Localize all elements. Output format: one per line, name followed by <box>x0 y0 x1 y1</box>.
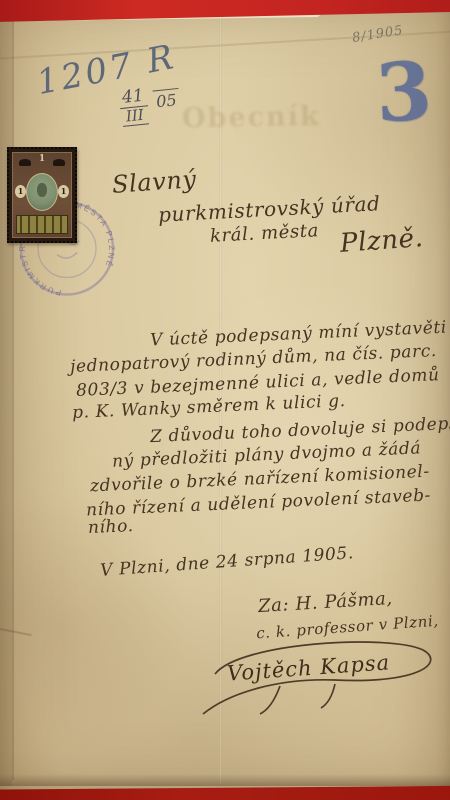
body-line: ního. <box>88 516 135 538</box>
eagle-ornament-icon <box>53 159 65 166</box>
revenue-stamp-face: 1 1 1 KRONE <box>12 152 72 238</box>
revenue-stamp: 1 1 1 KRONE <box>7 147 77 243</box>
revenue-stamp-ornate-band <box>16 215 68 234</box>
revenue-stamp-left-value: 1 <box>15 185 26 198</box>
file-fraction-mark: 41 III 05 <box>118 83 182 127</box>
archival-document-photo: 1207 R 41 III 05 8/1905 3 Obecník MĚSTA … <box>0 0 450 800</box>
red-backing-top <box>0 0 450 26</box>
salutation-line-2: purkmistrovský úřad <box>158 191 381 227</box>
left-page-shading <box>0 18 12 786</box>
bleedthrough-ghost-text: Obecník <box>182 101 321 134</box>
signature-flourish <box>185 634 450 729</box>
salutation-line-3: král. města <box>210 220 320 247</box>
page-number-stamp: 3 <box>374 51 434 134</box>
fraction-year: 05 <box>152 87 180 111</box>
fraction-denominator: III <box>121 106 149 127</box>
seal-text-bottom: PURKMISTR <box>18 244 62 297</box>
signature-za-line: Za: H. Pášma, <box>257 588 393 617</box>
red-backing-bottom <box>0 784 450 800</box>
signature-area: Vojtěch Kapsa <box>185 634 450 729</box>
dateline: V Plzni, dne 24 srpna 1905. <box>100 543 355 581</box>
revenue-stamp-top-value: 1 <box>39 154 45 164</box>
portrait-head-icon <box>37 183 47 197</box>
corner-archive-number: 8/1905 <box>351 23 404 46</box>
emperor-portrait-medallion <box>26 173 58 211</box>
fraction-column: 41 III <box>118 86 149 127</box>
seal-text-top: MĚSTA PLZNĚ <box>74 200 116 269</box>
eagle-ornament-icon <box>19 159 31 166</box>
revenue-stamp-right-value: 1 <box>58 185 69 198</box>
bottom-paper-edge-shadow <box>0 774 450 786</box>
salutation-line-4: Plzně. <box>339 223 424 259</box>
left-page-edge-line <box>12 20 14 780</box>
